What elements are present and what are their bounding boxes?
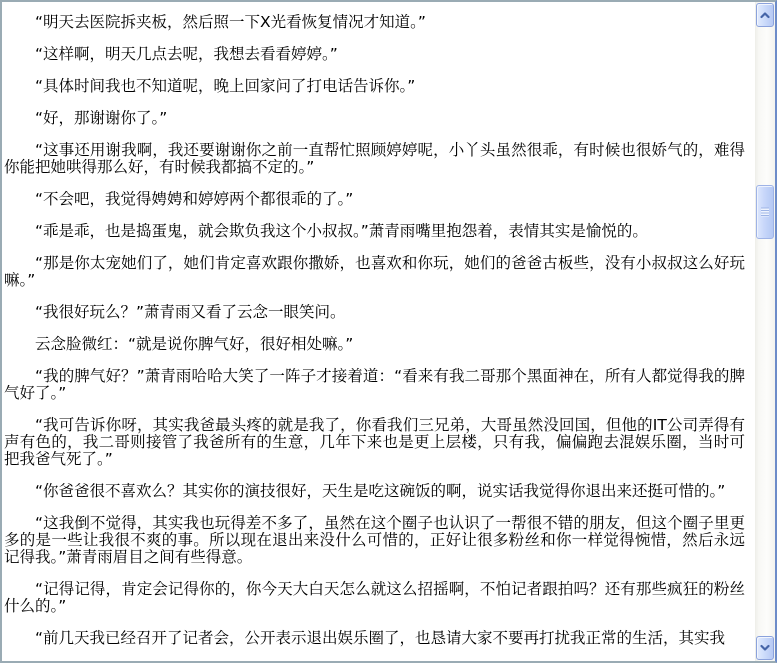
novel-paragraph: “那是你太宠她们了，她们肯定喜欢跟你撒娇，也喜欢和你玩，她们的爸爸古板些，没有小…	[4, 255, 745, 289]
scrollbar-thumb[interactable]	[756, 185, 774, 239]
chevron-up-icon	[760, 11, 770, 19]
novel-paragraph: “这样啊，明天几点去呢，我想去看看婷婷。”	[4, 46, 745, 63]
novel-paragraph: “前几天我已经召开了记者会，公开表示退出娱乐圈了，也恳请大家不要再打扰我正常的生…	[4, 630, 745, 647]
novel-paragraph: “好，那谢谢你了。”	[4, 110, 745, 127]
novel-paragraph: “我很好玩么？”萧青雨又看了云念一眼笑问。	[4, 304, 745, 321]
novel-paragraph: “我可告诉你呀，其实我爸最头疼的就是我了，你看我们三兄弟，大哥虽然没回国，但他的…	[4, 417, 745, 468]
novel-paragraph: “这事还用谢我啊，我还要谢谢你之前一直帮忙照顾婷婷呢，小丫头虽然很乖，有时候也很…	[4, 142, 745, 176]
novel-paragraph: “我的脾气好？”萧青雨哈哈大笑了一阵子才接着道：“看来有我二哥那个黑面神在，所有…	[4, 368, 745, 402]
chevron-down-icon	[760, 644, 770, 652]
vertical-scrollbar	[755, 2, 775, 661]
scrollbar-track[interactable]	[755, 28, 775, 635]
novel-paragraph: “这我倒不觉得，其实我也玩得差不多了，虽然在这个圈子也认识了一帮很不错的朋友，但…	[4, 515, 745, 566]
scroll-down-button[interactable]	[756, 636, 774, 660]
novel-text-area: “明天去医院拆夹板，然后照一下X光看恢复情况才知道。”“这样啊，明天几点去呢，我…	[2, 2, 755, 661]
novel-paragraph: “明天去医院拆夹板，然后照一下X光看恢复情况才知道。”	[4, 14, 745, 31]
novel-paragraph: “你爸爸很不喜欢么？其实你的演技很好，天生是吃这碗饭的啊，说实话我觉得你退出来还…	[4, 483, 745, 500]
novel-reader-page: “明天去医院拆夹板，然后照一下X光看恢复情况才知道。”“这样啊，明天几点去呢，我…	[0, 0, 777, 663]
scrollbar-gripper-icon	[761, 208, 769, 217]
novel-paragraph: 云念脸微红：“就是说你脾气好，很好相处嘛。”	[4, 336, 745, 353]
novel-paragraph: “具体时间我也不知道呢，晚上回家问了打电话告诉你。”	[4, 78, 745, 95]
novel-paragraph: “不会吧，我觉得娉娉和婷婷两个都很乖的了。”	[4, 191, 745, 208]
scroll-up-button[interactable]	[756, 3, 774, 27]
novel-paragraph: “乖是乖，也是捣蛋鬼，就会欺负我这个小叔叔。”萧青雨嘴里抱怨着，表情其实是愉悦的…	[4, 223, 745, 240]
novel-paragraph: “记得记得，肯定会记得你的，你今天大白天怎么就这么招摇啊，不怕记者跟拍吗？还有那…	[4, 581, 745, 615]
